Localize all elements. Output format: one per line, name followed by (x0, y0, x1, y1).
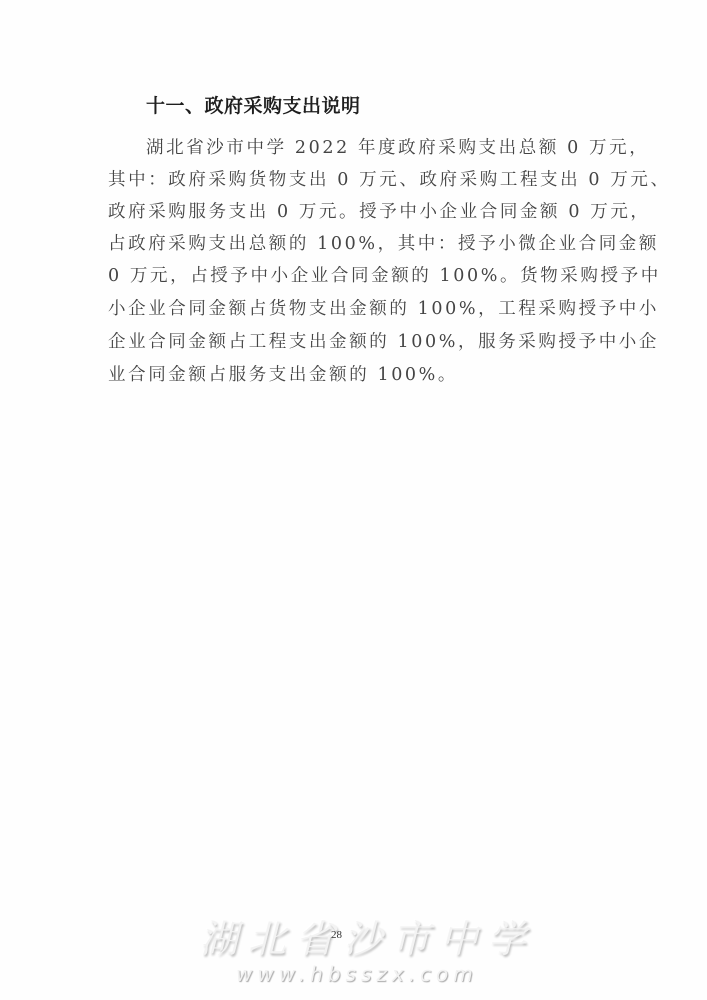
body-line: 政府采购服务支出 0 万元。授予中小企业合同金额 0 万元， (108, 202, 651, 222)
body-line: 0 万元，占授予中小企业合同金额的 100%。货物采购授予中 (108, 266, 661, 286)
document-page: 十一、政府采购支出说明 湖北省沙市中学 2022 年度政府采购支出总额 0 万元… (0, 0, 707, 1000)
body-line: 湖北省沙市中学 2022 年度政府采购支出总额 0 万元， (146, 138, 649, 158)
body-line: 其中：政府采购货物支出 0 万元、政府采购工程支出 0 万元、 (108, 170, 671, 190)
watermark-logo: 湖北省沙市中学 (200, 908, 520, 963)
body-line: 小企业合同金额占货物支出金额的 100%，工程采购授予中小 (108, 299, 659, 319)
section-heading: 十一、政府采购支出说明 (146, 91, 361, 118)
body-line: 业合同金额占服务支出金额的 100%。 (108, 365, 458, 385)
page-number: 28 (331, 929, 342, 941)
body-line: 企业合同金额占工程支出金额的 100%，服务采购授予中小企 (108, 332, 659, 352)
body-line: 占政府采购支出总额的 100%，其中：授予小微企业合同金额 (108, 234, 659, 254)
watermark-url: www.hbsszx.com (236, 962, 476, 986)
